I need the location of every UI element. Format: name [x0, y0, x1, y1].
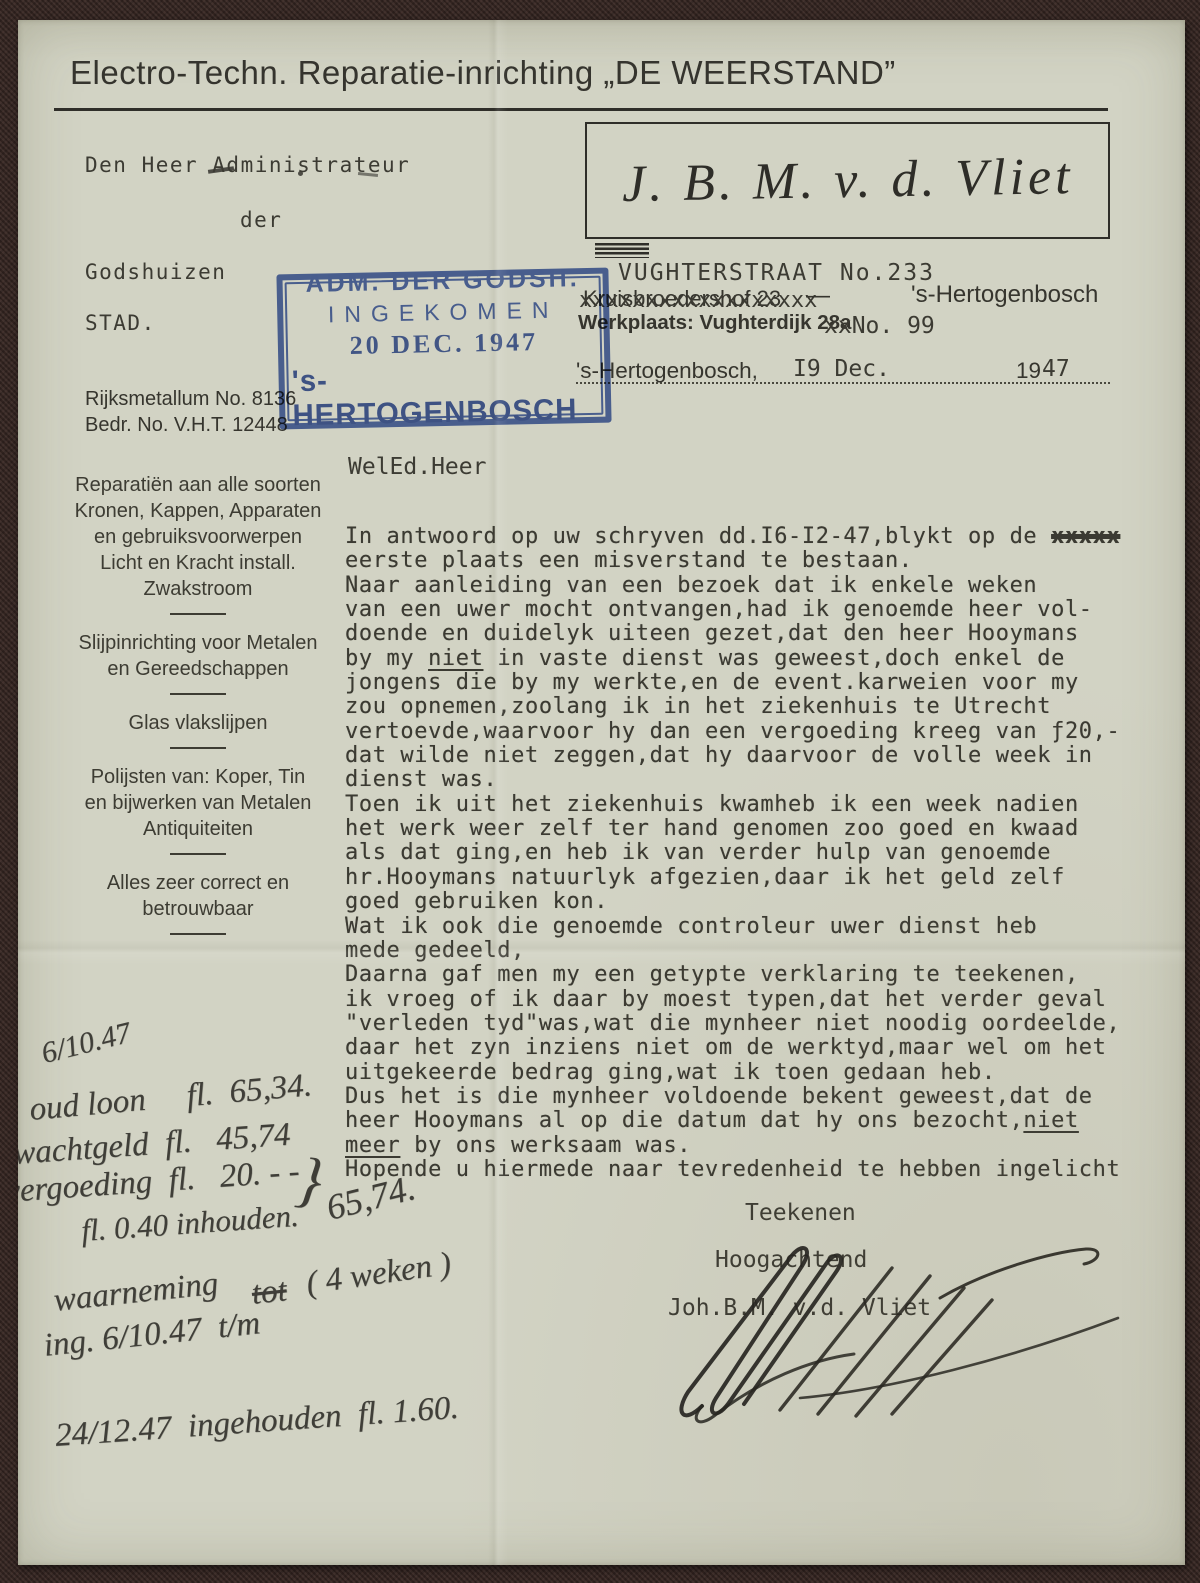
dash: —: [806, 282, 830, 310]
recipient-line: STAD.: [85, 311, 156, 335]
stamp-date: 20 DEC. 1947: [349, 327, 538, 361]
typed-line: het werk weer zelf ter hand genomen zoo …: [345, 817, 1185, 841]
handwritten-note: 65,74.: [322, 1166, 419, 1229]
typed-line: uitgekeerde bedrag ging,wat ik toen geda…: [345, 1061, 1185, 1085]
typed-line: goed gebruiken kon.: [345, 890, 1185, 914]
letter-paper: Electro-Techn. Reparatie-inrichting „DE …: [18, 20, 1185, 1565]
typed-line: by my niet in vaste dienst was geweest,d…: [345, 647, 1185, 671]
registration-number: Rijksmetallum No. 8136: [85, 388, 296, 411]
divider: [170, 613, 226, 615]
year-printed: 19: [1016, 358, 1041, 384]
owner-name-box: J. B. M. v. d. Vliet: [585, 122, 1110, 239]
registration-number: Bedr. No. V.H.T. 12448: [85, 414, 288, 437]
handwritten-note: 6/10.47: [38, 1016, 134, 1071]
header-rule: [54, 108, 1108, 111]
owner-script-name: J. B. M. v. d. Vliet: [621, 147, 1074, 214]
typed-number: xxNo. 99: [824, 313, 935, 339]
typed-line: Hopende u hiermede naar tevredenheid te …: [345, 1158, 1185, 1182]
sidebar-block: Reparatiën aan alle soortenKronen, Kappe…: [54, 472, 342, 602]
salutation: WelEd.Heer: [348, 454, 486, 480]
signature-ink: [640, 1228, 1140, 1428]
typed-line: hr.Hooymans natuurlyk afgezien,daar ik h…: [345, 866, 1185, 890]
typed-line: als dat ging,en heb ik van verder hulp v…: [345, 841, 1185, 865]
typed-line: In antwoord op uw schryven dd.I6-I2-47,b…: [345, 525, 1185, 549]
typed-line: dienst was.: [345, 768, 1185, 792]
decorative-lines: [595, 243, 649, 258]
stamp-line: ADM. DER GODSH.: [305, 264, 580, 299]
sidebar-block: Polijsten van: Koper, Tinen bijwerken va…: [54, 764, 342, 842]
recipient-line: Den Heer Administrateur: [85, 153, 410, 177]
stamp-city: 's-HERTOGENBOSCH: [291, 359, 598, 433]
typed-line: dat wilde niet zeggen,dat hy daarvoor de…: [345, 744, 1185, 768]
scanned-letter: Electro-Techn. Reparatie-inrichting „DE …: [0, 0, 1200, 1583]
sidebar-block: Glas vlakslijpen: [54, 710, 342, 736]
year-typed: 47: [1042, 356, 1070, 382]
typed-line: Dus het is die mynheer voldoende bekent …: [345, 1085, 1185, 1109]
typed-line: Toen ik uit het ziekenhuis kwamheb ik ee…: [345, 793, 1185, 817]
typed-line: heer Hooymans al op die datum dat hy ons…: [345, 1109, 1185, 1133]
divider: [170, 853, 226, 855]
typed-line: daar het zyn inziens niet om de werktyd,…: [345, 1036, 1185, 1060]
stamp-line: INGEKOMEN: [328, 297, 559, 329]
handwritten-note: ( 4 weken ): [304, 1246, 453, 1303]
company-name: Electro-Techn. Reparatie-inrichting „DE …: [70, 54, 896, 92]
typed-line: Wat ik ook die genoemde controleur uwer …: [345, 915, 1185, 939]
typed-line: "verleden tyd"was,wat die mynheer niet n…: [345, 1012, 1185, 1036]
strike-overlay: xxxxxxxxxxxxxxxxxx: [579, 288, 817, 313]
typed-line: ik vroeg of ik daar by moest typen,dat h…: [345, 988, 1185, 1012]
divider: [170, 933, 226, 935]
body-lines: In antwoord op uw schryven dd.I6-I2-47,b…: [345, 525, 1185, 1182]
city-right: 's-Hertogenbosch: [911, 281, 1098, 309]
workshop-line: Werkplaats: Vughterdijk 28a: [578, 311, 851, 335]
typed-line: vertoevde,waarvoor hy dan een vergoeding…: [345, 720, 1185, 744]
divider: [170, 693, 226, 695]
recipient-line: Godshuizen: [85, 260, 226, 284]
typed-line: mede gedeeld,: [345, 939, 1185, 963]
typed-line: zou opnemen,zoolang ik in het ziekenhuis…: [345, 695, 1185, 719]
sidebar-block: Alles zeer correct enbetrouwbaar: [54, 870, 342, 922]
typed-street: VUGHTERSTRAAT No.233: [618, 260, 935, 286]
typed-line: eerste plaats een misverstand te bestaan…: [345, 549, 1185, 573]
divider: [170, 747, 226, 749]
stamp-inner-border: ADM. DER GODSH. INGEKOMEN 20 DEC. 1947 '…: [285, 276, 604, 422]
typed-line: doende en duidelyk uiteen gezet,dat den …: [345, 622, 1185, 646]
typed-line: van een uwer mocht ontvangen,had ik geno…: [345, 598, 1185, 622]
handwritten-note: 24/12.47 ingehouden fl. 1.60.: [54, 1390, 460, 1455]
date-typed: I9 Dec.: [793, 356, 890, 382]
typed-line: Daarna gaf men my een getypte verklaring…: [345, 963, 1185, 987]
closing-teekenen: Teekenen: [745, 1200, 856, 1226]
typed-line: meer by ons werksaam was.: [345, 1134, 1185, 1158]
recipient-line: der: [240, 208, 282, 232]
sidebar-services: Reparatiën aan alle soortenKronen, Kappe…: [54, 472, 342, 950]
handwritten-note: fl. 0.40 inhouden.: [80, 1198, 300, 1249]
received-stamp: ADM. DER GODSH. INGEKOMEN 20 DEC. 1947 '…: [276, 268, 611, 430]
typed-line: Naar aanleiding van een bezoek dat ik en…: [345, 574, 1185, 598]
sidebar-block: Slijpinrichting voor Metalenen Gereedsch…: [54, 630, 342, 682]
typed-line: jongens die by my werkte,en de event.kar…: [345, 671, 1185, 695]
